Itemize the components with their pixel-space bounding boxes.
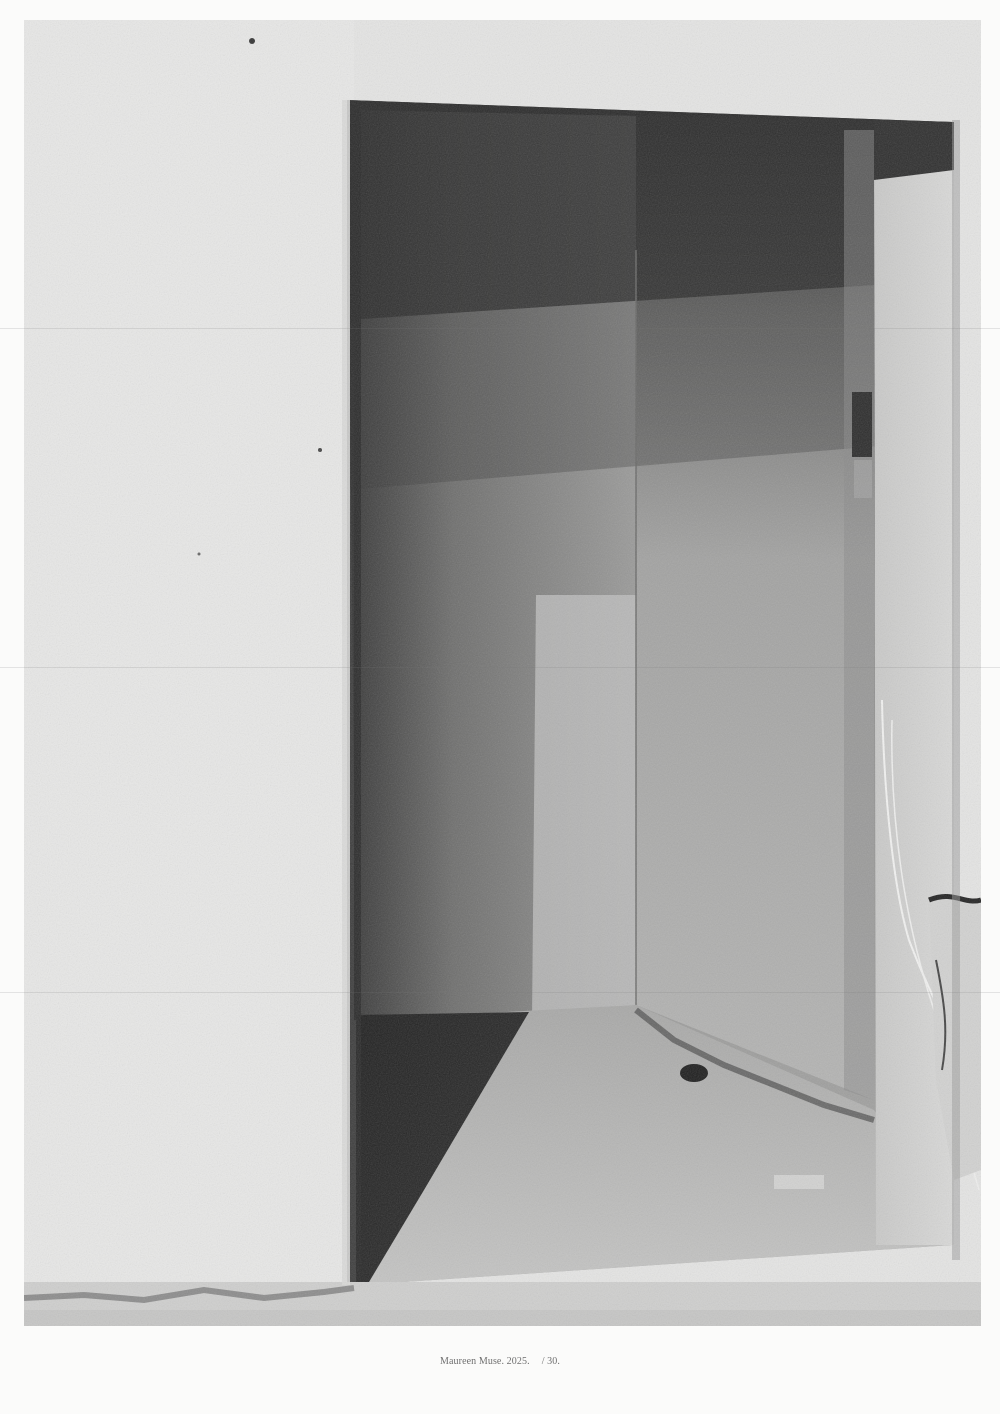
paper-fold-line — [0, 992, 1000, 993]
printed-page: Maureen Muse. 2025./ 30. — [0, 0, 1000, 1414]
caption-credit: Maureen Muse. 2025. — [440, 1356, 530, 1367]
caption-page-number: / 30. — [542, 1356, 560, 1367]
photograph — [24, 20, 981, 1326]
photo-caption: Maureen Muse. 2025./ 30. — [0, 1356, 1000, 1367]
doorway-photo-illustration — [24, 20, 981, 1326]
paper-fold-line — [0, 667, 1000, 668]
paper-fold-line — [0, 328, 1000, 329]
